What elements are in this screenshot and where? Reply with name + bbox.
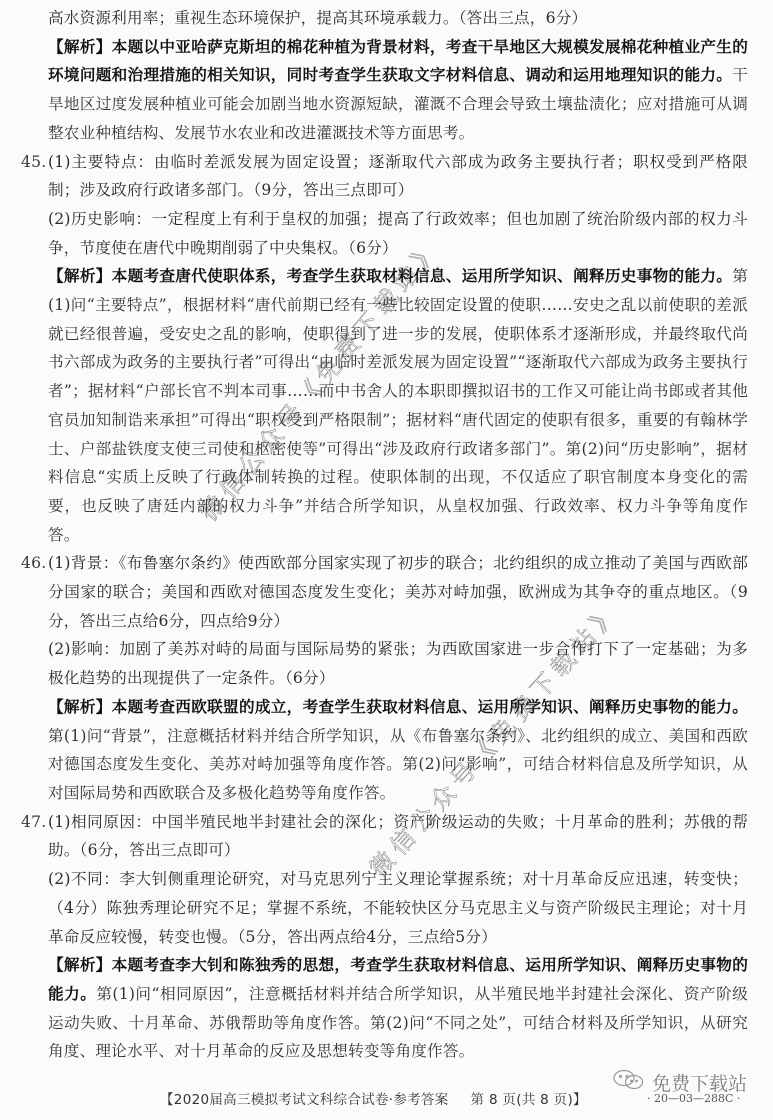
analysis-lead: 本题考查唐代使职体系，考查学生获取材料信息、运用所学知识、阐释历史事物的能力。 [112, 266, 733, 285]
answer-part-1: (1)主要特点：由临时差派发展为固定设置；逐渐取代六部成为政务主要执行者；职权受… [48, 148, 748, 205]
analysis-label: 【解析】 [48, 697, 112, 716]
question-46: 46. (1)背景：《布鲁塞尔条约》使西欧部分国家实现了初步的联合；北约组织的成… [48, 549, 748, 807]
page-content: 高水资源利用率；重视生态环境保护，提高其环境承载力。（答出三点，6分） 【解析】… [48, 4, 748, 1066]
answer-part-2: (2)影响：加剧了美苏对峙的局面与国际局势的紧张；为西欧国家进一步合作打下了一定… [48, 635, 748, 692]
answer-key-page: 高水资源利用率；重视生态环境保护，提高其环境承载力。（答出三点，6分） 【解析】… [0, 0, 773, 1120]
analysis-label: 【解析】 [48, 266, 112, 285]
answer-part-1: (1)相同原因：中国半殖民地半封建社会的深化；资产阶级运动的失败；十月革命的胜利… [48, 808, 748, 865]
question-45: 45. (1)主要特点：由临时差派发展为固定设置；逐渐取代六部成为政务主要执行者… [48, 148, 748, 550]
brand-watermark: 免费下载站 [612, 1068, 747, 1097]
analysis-body: 第(1)问“主要特点”，根据材料“唐代前期已经有一些比较固定设置的使职……安史之… [48, 267, 748, 543]
question-number: 45. [21, 148, 46, 177]
previous-answer-continuation: 高水资源利用率；重视生态环境保护，提高其环境承载力。（答出三点，6分） [48, 4, 748, 33]
answer-part-1: (1)背景：《布鲁塞尔条约》使西欧部分国家实现了初步的联合；北约组织的成立推动了… [48, 549, 748, 635]
question-number: 46. [21, 549, 46, 578]
footer-page-number: 第 8 页(共 8 页)】 [471, 1092, 587, 1108]
answer-part-2: (2)不同：李大钊侧重理论研究，对马克思列宁主义理论掌握系统；对十月革命反应迅速… [48, 865, 748, 951]
analysis-body: 第(1)问“背景”，注意概括材料并结合所学知识，从《布鲁塞尔条约》、北约组织的成… [48, 727, 748, 802]
analysis-lead: 本题以中亚哈萨克斯坦的棉花种植为背景材料，考查干旱地区大规模发展棉花种植业产生的… [48, 37, 748, 85]
analysis-geography: 【解析】本题以中亚哈萨克斯坦的棉花种植为背景材料，考查干旱地区大规模发展棉花种植… [48, 33, 748, 148]
question-number: 47. [21, 808, 46, 837]
question-47: 47. (1)相同原因：中国半殖民地半封建社会的深化；资产阶级运动的失败；十月革… [48, 808, 748, 1066]
wechat-icon [612, 1068, 646, 1097]
analysis-lead: 本题考查西欧联盟的成立，考查学生获取材料信息、运用所学知识、阐释历史事物的能力。 [112, 697, 748, 716]
analysis: 【解析】本题考查李大钊和陈独秀的思想，考查学生获取材料信息、运用所学知识、阐释历… [48, 951, 748, 1066]
page-footer: 【2020届高三模拟考试文科综合试卷·参考答案第 8 页(共 8 页)】 [160, 1088, 587, 1108]
analysis-label: 【解析】 [48, 37, 112, 56]
analysis-body: 第(1)问“相同原因”，注意概括材料并结合所学知识，从半殖民地半封建社会深化、资… [48, 985, 748, 1060]
footer-title: 【2020届高三模拟考试文科综合试卷·参考答案 [160, 1092, 449, 1108]
analysis-label: 【解析】 [48, 955, 112, 974]
brand-name: 免费下载站 [652, 1069, 747, 1096]
answer-part-2: (2)历史影响：一定程度上有利于皇权的加强；提高了行政效率；但也加剧了统治阶级内… [48, 205, 748, 262]
analysis: 【解析】本题考查西欧联盟的成立，考查学生获取材料信息、运用所学知识、阐释历史事物… [48, 693, 748, 808]
analysis: 【解析】本题考查唐代使职体系，考查学生获取材料信息、运用所学知识、阐释历史事物的… [48, 262, 748, 549]
